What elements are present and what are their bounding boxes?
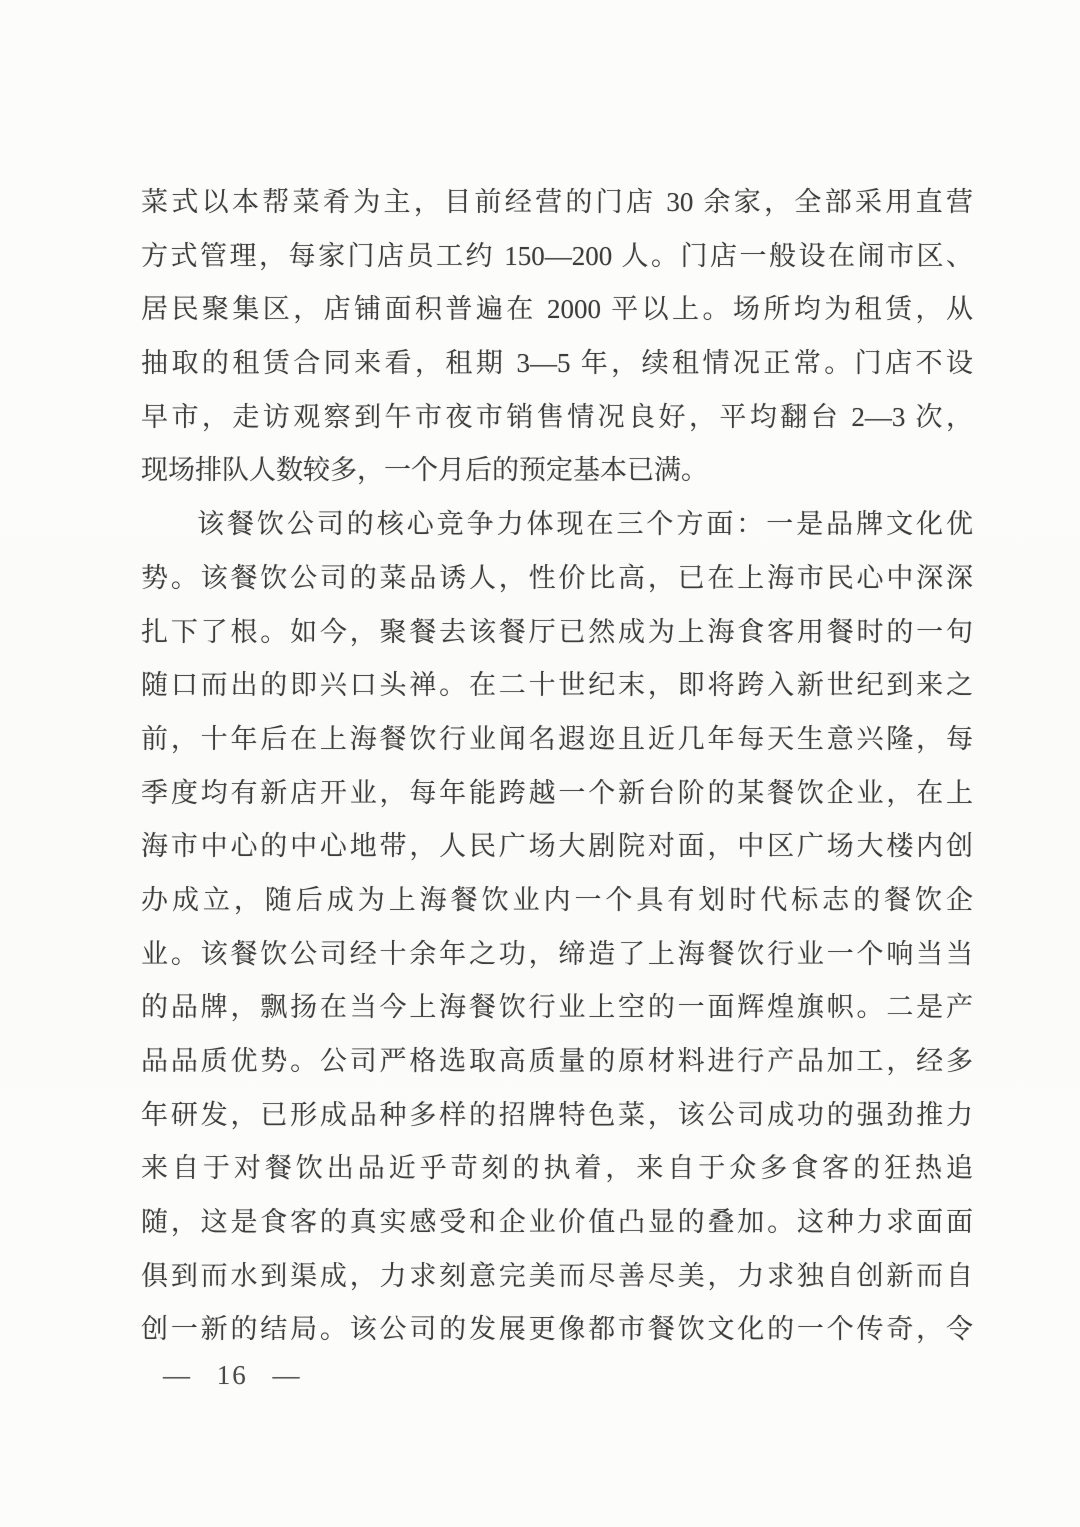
text-line: 随，这是食客的真实感受和企业价值凸显的叠加。这种力求面面 [141,1196,973,1250]
text-line: 方式管理，每家门店员工约 150—200 人。门店一般设在闹市区、 [141,230,973,284]
text-line: 海市中心的中心地带，人民广场大剧院对面，中区广场大楼内创 [141,820,973,874]
text-line: 季度均有新店开业，每年能跨越一个新台阶的某餐饮企业，在上 [141,767,973,821]
text-line-paragraph-end: 现场排队人数较多，一个月后的预定基本已满。 [141,444,973,498]
text-line: 的品牌，飘扬在当今上海餐饮行业上空的一面辉煌旗帜。二是产 [141,981,973,1035]
document-page: 菜式以本帮菜肴为主，目前经营的门店 30 余家，全部采用直营 方式管理，每家门店… [0,0,1080,1527]
text-line: 来自于对餐饮出品近乎苛刻的执着，来自于众多食客的狂热追 [141,1142,973,1196]
text-line: 菜式以本帮菜肴为主，目前经营的门店 30 余家，全部采用直营 [141,176,973,230]
text-line: 俱到而水到渠成，力求刻意完美而尽善尽美，力求独自创新而自 [141,1250,973,1304]
text-line: 创一新的结局。该公司的发展更像都市餐饮文化的一个传奇，令 [141,1303,973,1357]
text-line: 扎下了根。如今，聚餐去该餐厅已然成为上海食客用餐时的一句 [141,606,973,660]
text-line: 业。该餐饮公司经十余年之功，缔造了上海餐饮行业一个响当当 [141,928,973,982]
text-line: 品品质优势。公司严格选取高质量的原材料进行产品加工，经多 [141,1035,973,1089]
text-line: 办成立，随后成为上海餐饮业内一个具有划时代标志的餐饮企 [141,874,973,928]
text-line: 势。该餐饮公司的菜品诱人，性价比高，已在上海市民心中深深 [141,552,973,606]
text-line: 早市，走访观察到午市夜市销售情况良好，平均翻台 2—3 次， [141,391,973,445]
text-line: 居民聚集区，店铺面积普遍在 2000 平以上。场所均为租赁，从 [141,283,973,337]
page-footer: — 16 — [163,1352,302,1398]
text-line: 随口而出的即兴口头禅。在二十世纪末，即将跨入新世纪到来之 [141,659,973,713]
text-line-paragraph-start: 该餐饮公司的核心竞争力体现在三个方面：一是品牌文化优 [141,498,973,552]
text-line: 前，十年后在上海餐饮行业闻名遐迩且近几年每天生意兴隆，每 [141,713,973,767]
page-number: — 16 — [163,1360,302,1391]
body-text: 菜式以本帮菜肴为主，目前经营的门店 30 余家，全部采用直营 方式管理，每家门店… [141,176,973,1357]
text-line: 年研发，已形成品种多样的招牌特色菜，该公司成功的强劲推力 [141,1089,973,1143]
text-line: 抽取的租赁合同来看，租期 3—5 年，续租情况正常。门店不设 [141,337,973,391]
